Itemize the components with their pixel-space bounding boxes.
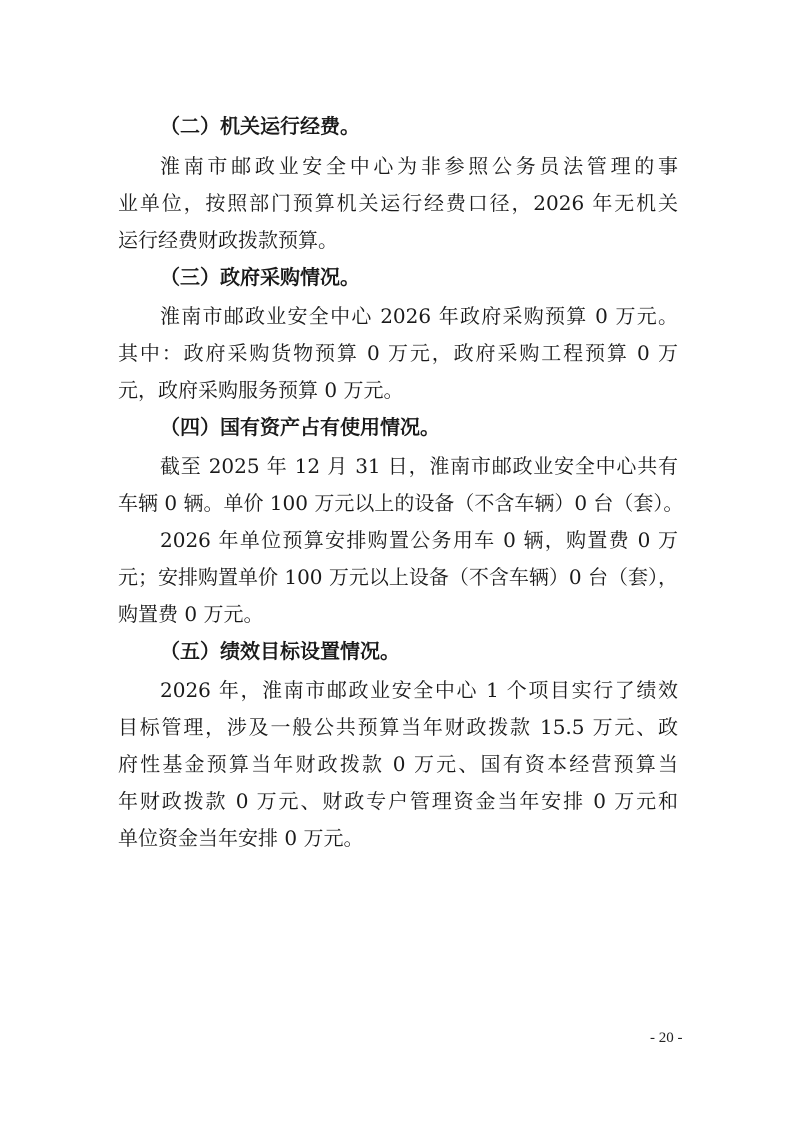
section-heading: （四）国有资产占有使用情况。 <box>160 413 678 441</box>
paragraph-line: 购置费 0 万元。 <box>118 600 678 628</box>
paragraph-line: 业单位，按照部门预算机关运行经费口径，2026 年无机关 <box>118 189 678 217</box>
section-heading: （三）政府采购情况。 <box>160 263 678 291</box>
paragraph-line: 年财政拨款 0 万元、财政专户管理资金当年安排 0 万元和 <box>118 787 678 815</box>
paragraph-line: 单位资金当年安排 0 万元。 <box>118 824 678 852</box>
section-heading: （五）绩效目标设置情况。 <box>160 637 678 665</box>
paragraph-line: 淮南市邮政业安全中心为非参照公务员法管理的事 <box>160 152 678 180</box>
paragraph-line: 府性基金预算当年财政拨款 0 万元、国有资本经营预算当 <box>118 750 678 778</box>
paragraph-line: 其中：政府采购货物预算 0 万元，政府采购工程预算 0 万 <box>118 339 678 367</box>
paragraph-line: 元；安排购置单价 100 万元以上设备（不含车辆）0 台（套）， <box>118 563 678 591</box>
paragraph-line: 截至 2025 年 12 月 31 日，淮南市邮政业安全中心共有 <box>160 452 678 480</box>
page-number: - 20 - <box>650 1030 683 1047</box>
document-page: （二）机关运行经费。 淮南市邮政业安全中心为非参照公务员法管理的事 业单位，按照… <box>0 0 793 1122</box>
paragraph-line: 淮南市邮政业安全中心 2026 年政府采购预算 0 万元。 <box>160 302 678 330</box>
paragraph-line: 车辆 0 辆。单价 100 万元以上的设备（不含车辆）0 台（套）。 <box>118 489 678 517</box>
paragraph-line: 元，政府采购服务预算 0 万元。 <box>118 376 678 404</box>
paragraph-line: 运行经费财政拨款预算。 <box>118 226 678 254</box>
paragraph-line: 2026 年单位预算安排购置公务用车 0 辆，购置费 0 万 <box>160 526 678 554</box>
paragraph-line: 2026 年，淮南市邮政业安全中心 1 个项目实行了绩效 <box>160 676 678 704</box>
section-heading: （二）机关运行经费。 <box>160 112 678 140</box>
paragraph-line: 目标管理，涉及一般公共预算当年财政拨款 15.5 万元、政 <box>118 713 678 741</box>
